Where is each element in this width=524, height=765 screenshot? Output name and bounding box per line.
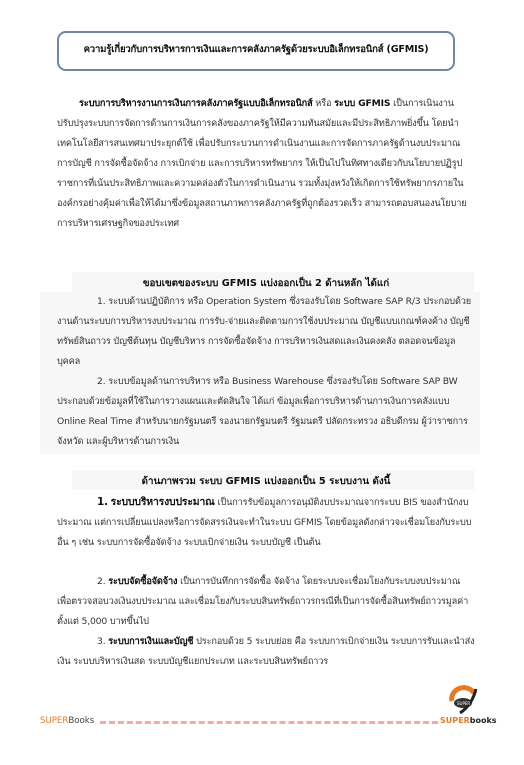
footer-brand-right: SUPERbooks — [440, 716, 497, 725]
footer-brand-right-highlight: SUPER — [440, 716, 470, 725]
overview-heading: ด้านภาพรวม ระบบ GFMIS แบ่งออกเป็น 5 ระบบ… — [57, 474, 475, 489]
page-title: ความรู้เกี่ยวกับการบริหารการเงินและการคล… — [59, 42, 453, 57]
intro-bold-term-1: ระบบการบริหารงานการเงินการคลังภาครัฐแบบอ… — [79, 98, 313, 109]
scope-item-2: 2. ระบบข้อมูลด้านการบริหาร หรือ Business… — [57, 372, 475, 452]
footer-brand-left-rest: Books — [68, 716, 94, 726]
overview-item-2: 2. ระบบจัดซื้อจัดจ้าง เป็นการบันทึกการจั… — [57, 572, 475, 632]
footer-brand-left: SUPERBooks — [40, 716, 94, 726]
superbooks-logo-icon: SUPER — [446, 685, 482, 715]
scope-item-2-text: 2. ระบบข้อมูลด้านการบริหาร หรือ Business… — [57, 376, 468, 447]
overview-item-2-title: ระบบจัดซื้อจัดจ้าง — [108, 576, 177, 587]
footer-brand-right-rest: books — [470, 716, 497, 725]
scope-heading: ขอบเขตของระบบ GFMIS แบ่งออกเป็น 2 ด้านหล… — [57, 276, 475, 291]
footer-brand-left-highlight: SUPER — [40, 716, 68, 726]
overview-item-1-title: ระบบบริหารงบประมาณ — [111, 496, 215, 508]
overview-item-3: 3. ระบบการเงินและบัญชี ประกอบด้วย 5 ระบบ… — [57, 632, 475, 672]
scope-item-1: 1. ระบบด้านปฏิบัติการ หรือ Operation Sys… — [57, 292, 475, 372]
overview-item-1: 1. ระบบบริหารงบประมาณ เป็นการรับข้อมูลกา… — [57, 492, 475, 553]
intro-paragraph: ระบบการบริหารงานการเงินการคลังภาครัฐแบบอ… — [57, 94, 475, 234]
intro-connector: หรือ — [313, 98, 335, 109]
overview-item-3-number: 3. — [97, 636, 105, 647]
title-box: ความรู้เกี่ยวกับการบริหารการเงินและการคล… — [57, 31, 455, 71]
overview-item-2-number: 2. — [97, 576, 105, 587]
intro-bold-term-2: ระบบ GFMIS — [334, 98, 390, 109]
scope-item-1-text: 1. ระบบด้านปฏิบัติการ หรือ Operation Sys… — [57, 296, 471, 367]
overview-item-1-number: 1. — [97, 496, 108, 508]
intro-text: เป็นการเนินงานปรับปรุงระบบการจัดการด้านก… — [57, 98, 466, 229]
footer-dashed-rule — [100, 721, 438, 724]
overview-item-3-title: ระบบการเงินและบัญชี — [108, 636, 193, 647]
svg-text:SUPER: SUPER — [457, 701, 470, 706]
